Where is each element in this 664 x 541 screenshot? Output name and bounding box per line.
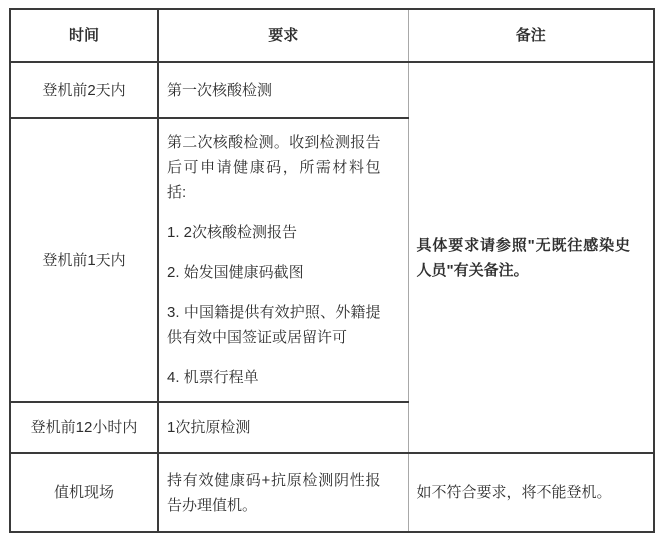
requirement-cell: 第二次核酸检测。收到检测报告后可申请健康码，所需材料包括: 1. 2次核酸检测报… <box>158 118 408 402</box>
requirement-list-item: 1. 2次核酸检测报告 <box>167 220 381 245</box>
note-cell: 如不符合要求，将不能登机。 <box>408 453 654 532</box>
header-cell-note: 备注 <box>408 9 654 62</box>
header-cell-requirement: 要求 <box>158 9 408 62</box>
time-cell: 登机前1天内 <box>10 118 158 402</box>
requirements-table: 时间 要求 备注 登机前2天内 第一次核酸检测 具体要求请参照"无既往感染史人员… <box>9 8 655 533</box>
time-cell: 登机前2天内 <box>10 62 158 118</box>
time-cell: 登机前12小时内 <box>10 402 158 453</box>
table-row: 值机现场 持有效健康码+抗原检测阴性报告办理值机。 如不符合要求，将不能登机。 <box>10 453 654 532</box>
requirement-list-item: 4. 机票行程单 <box>167 365 381 390</box>
requirement-cell: 第一次核酸检测 <box>158 62 408 118</box>
merged-note-cell: 具体要求请参照"无既往感染史人员"有关备注。 <box>408 62 654 453</box>
header-row: 时间 要求 备注 <box>10 9 654 62</box>
requirement-paragraph: 第二次核酸检测。收到检测报告后可申请健康码，所需材料包括: <box>167 130 381 205</box>
header-cell-time: 时间 <box>10 9 158 62</box>
requirement-cell: 持有效健康码+抗原检测阴性报告办理值机。 <box>158 453 408 532</box>
requirement-list-item: 3. 中国籍提供有效护照、外籍提供有效中国签证或居留许可 <box>167 300 381 350</box>
requirement-list-item: 2. 始发国健康码截图 <box>167 260 381 285</box>
requirement-cell: 1次抗原检测 <box>158 402 408 453</box>
table-row: 登机前2天内 第一次核酸检测 具体要求请参照"无既往感染史人员"有关备注。 <box>10 62 654 118</box>
page: 时间 要求 备注 登机前2天内 第一次核酸检测 具体要求请参照"无既往感染史人员… <box>0 0 664 541</box>
time-cell: 值机现场 <box>10 453 158 532</box>
